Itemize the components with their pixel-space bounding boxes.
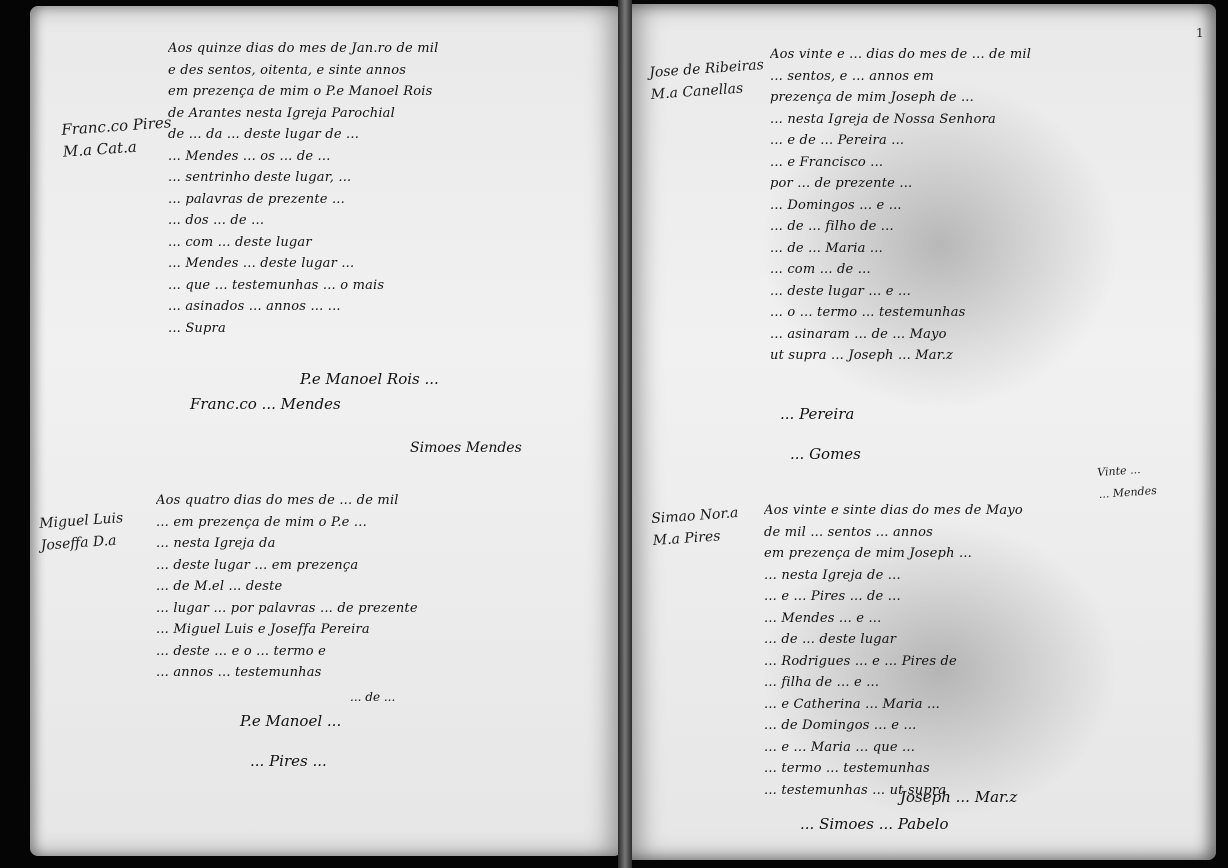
entry-line: ... Rodrigues ... e ... Pires de: [764, 651, 1124, 673]
entry-line: e des sentos, oitenta, e sinte annos: [168, 60, 498, 82]
entry-line: ... filha de ... e ...: [764, 672, 1124, 694]
entry-line: ... com ... deste lugar: [168, 232, 498, 254]
entry-line: ... Miguel Luis e Joseffa Pereira: [156, 619, 506, 641]
signature: Franc.co ... Mendes: [190, 395, 341, 413]
entry-line: ... deste ... e o ... termo e: [156, 641, 506, 663]
entry-line: ... de ... filho de ...: [770, 216, 1110, 238]
entry-line: prezença de mim Joseph de ...: [770, 87, 1110, 109]
signature: ... de ...: [350, 690, 395, 704]
entry-line: de mil ... sentos ... annos: [764, 522, 1124, 544]
entry-line: ... e ... Pires ... de ...: [764, 586, 1124, 608]
margin-note-entry-4: Simao Nor.a M.a Pires: [651, 502, 741, 552]
register-entry-1: Aos quinze dias do mes de Jan.ro de mil …: [168, 38, 498, 339]
entry-line: ... de ... deste lugar: [764, 629, 1124, 651]
register-entry-4: Aos vinte e sinte dias do mes de Mayo de…: [764, 500, 1124, 801]
entry-line: ... de M.el ... deste: [156, 576, 506, 598]
entry-line: ... palavras de prezente ...: [168, 189, 498, 211]
entry-line: ... de ... Maria ...: [770, 238, 1110, 260]
entry-line: ... de Domingos ... e ...: [764, 715, 1124, 737]
entry-line: ... em prezença de mim o P.e ...: [156, 512, 506, 534]
entry-line: ... dos ... de ...: [168, 210, 498, 232]
entry-line: ... Domingos ... e ...: [770, 195, 1110, 217]
signature: ... Simoes ... Pabelo: [800, 815, 948, 833]
entry-line: ut supra ... Joseph ... Mar.z: [770, 345, 1110, 367]
entry-line: ... Mendes ... deste lugar ...: [168, 253, 498, 275]
signature: P.e Manoel ...: [240, 712, 341, 730]
right-margin-note: Vinte ... ... Mendes: [1097, 458, 1158, 506]
entry-line: por ... de prezente ...: [770, 173, 1110, 195]
entry-line: ... sentos, e ... annos em: [770, 66, 1110, 88]
signature: ... Pires ...: [250, 752, 327, 770]
entry-line: ... com ... de ...: [770, 259, 1110, 281]
entry-line: ... e ... Maria ... que ...: [764, 737, 1124, 759]
entry-line: ... Supra: [168, 318, 498, 340]
signature: P.e Manoel Rois ...: [300, 370, 439, 388]
entry-line: ... e Francisco ...: [770, 152, 1110, 174]
entry-line: ... Mendes ... os ... de ...: [168, 146, 498, 168]
entry-line: ... que ... testemunhas ... o mais: [168, 275, 498, 297]
entry-line: ... lugar ... por palavras ... de prezen…: [156, 598, 506, 620]
entry-line: ... e Catherina ... Maria ...: [764, 694, 1124, 716]
signature: ... Gomes: [790, 445, 861, 463]
entry-line: ... deste lugar ... em prezença: [156, 555, 506, 577]
entry-line: Aos vinte e ... dias do mes de ... de mi…: [770, 44, 1110, 66]
stray-mark: Simoes Mendes: [410, 440, 522, 456]
book-gutter: [618, 0, 632, 868]
entry-line: ... o ... termo ... testemunhas: [770, 302, 1110, 324]
entry-line: em prezença de mim o P.e Manoel Rois: [168, 81, 498, 103]
entry-line: ... nesta Igreja de ...: [764, 565, 1124, 587]
entry-line: ... Mendes ... e ...: [764, 608, 1124, 630]
entry-line: Aos quatro dias do mes de ... de mil: [156, 490, 506, 512]
entry-line: ... asinados ... annos ... ...: [168, 296, 498, 318]
signature: Joseph ... Mar.z: [900, 788, 1017, 806]
entry-line: ... termo ... testemunhas: [764, 758, 1124, 780]
entry-line: em prezença de mim Joseph ...: [764, 543, 1124, 565]
margin-note-entry-3: Jose de Ribeiras M.a Canellas: [649, 54, 766, 106]
manuscript-scan: 1 Franc.co Pires M.a Cat.a Aos quinze di…: [0, 0, 1228, 868]
signature: ... Pereira: [780, 405, 854, 423]
entry-line: ... nesta Igreja da: [156, 533, 506, 555]
entry-line: ... annos ... testemunhas: [156, 662, 506, 684]
margin-note-entry-1: Franc.co Pires M.a Cat.a: [61, 111, 174, 163]
entry-line: Aos quinze dias do mes de Jan.ro de mil: [168, 38, 498, 60]
entry-line: ... nesta Igreja de Nossa Senhora: [770, 109, 1110, 131]
register-entry-3: Aos vinte e ... dias do mes de ... de mi…: [770, 44, 1110, 367]
entry-line: ... sentrinho deste lugar, ...: [168, 167, 498, 189]
entry-line: ... e de ... Pereira ...: [770, 130, 1110, 152]
entry-line: de ... da ... deste lugar de ...: [168, 124, 498, 146]
margin-note-entry-2: Miguel Luis Joseffa D.a: [39, 507, 126, 557]
register-entry-2: Aos quatro dias do mes de ... de mil ...…: [156, 490, 506, 684]
entry-line: Aos vinte e sinte dias do mes de Mayo: [764, 500, 1124, 522]
folio-number: 1: [1196, 26, 1204, 40]
entry-line: ... asinaram ... de ... Mayo: [770, 324, 1110, 346]
entry-line: de Arantes nesta Igreja Parochial: [168, 103, 498, 125]
entry-line: ... deste lugar ... e ...: [770, 281, 1110, 303]
